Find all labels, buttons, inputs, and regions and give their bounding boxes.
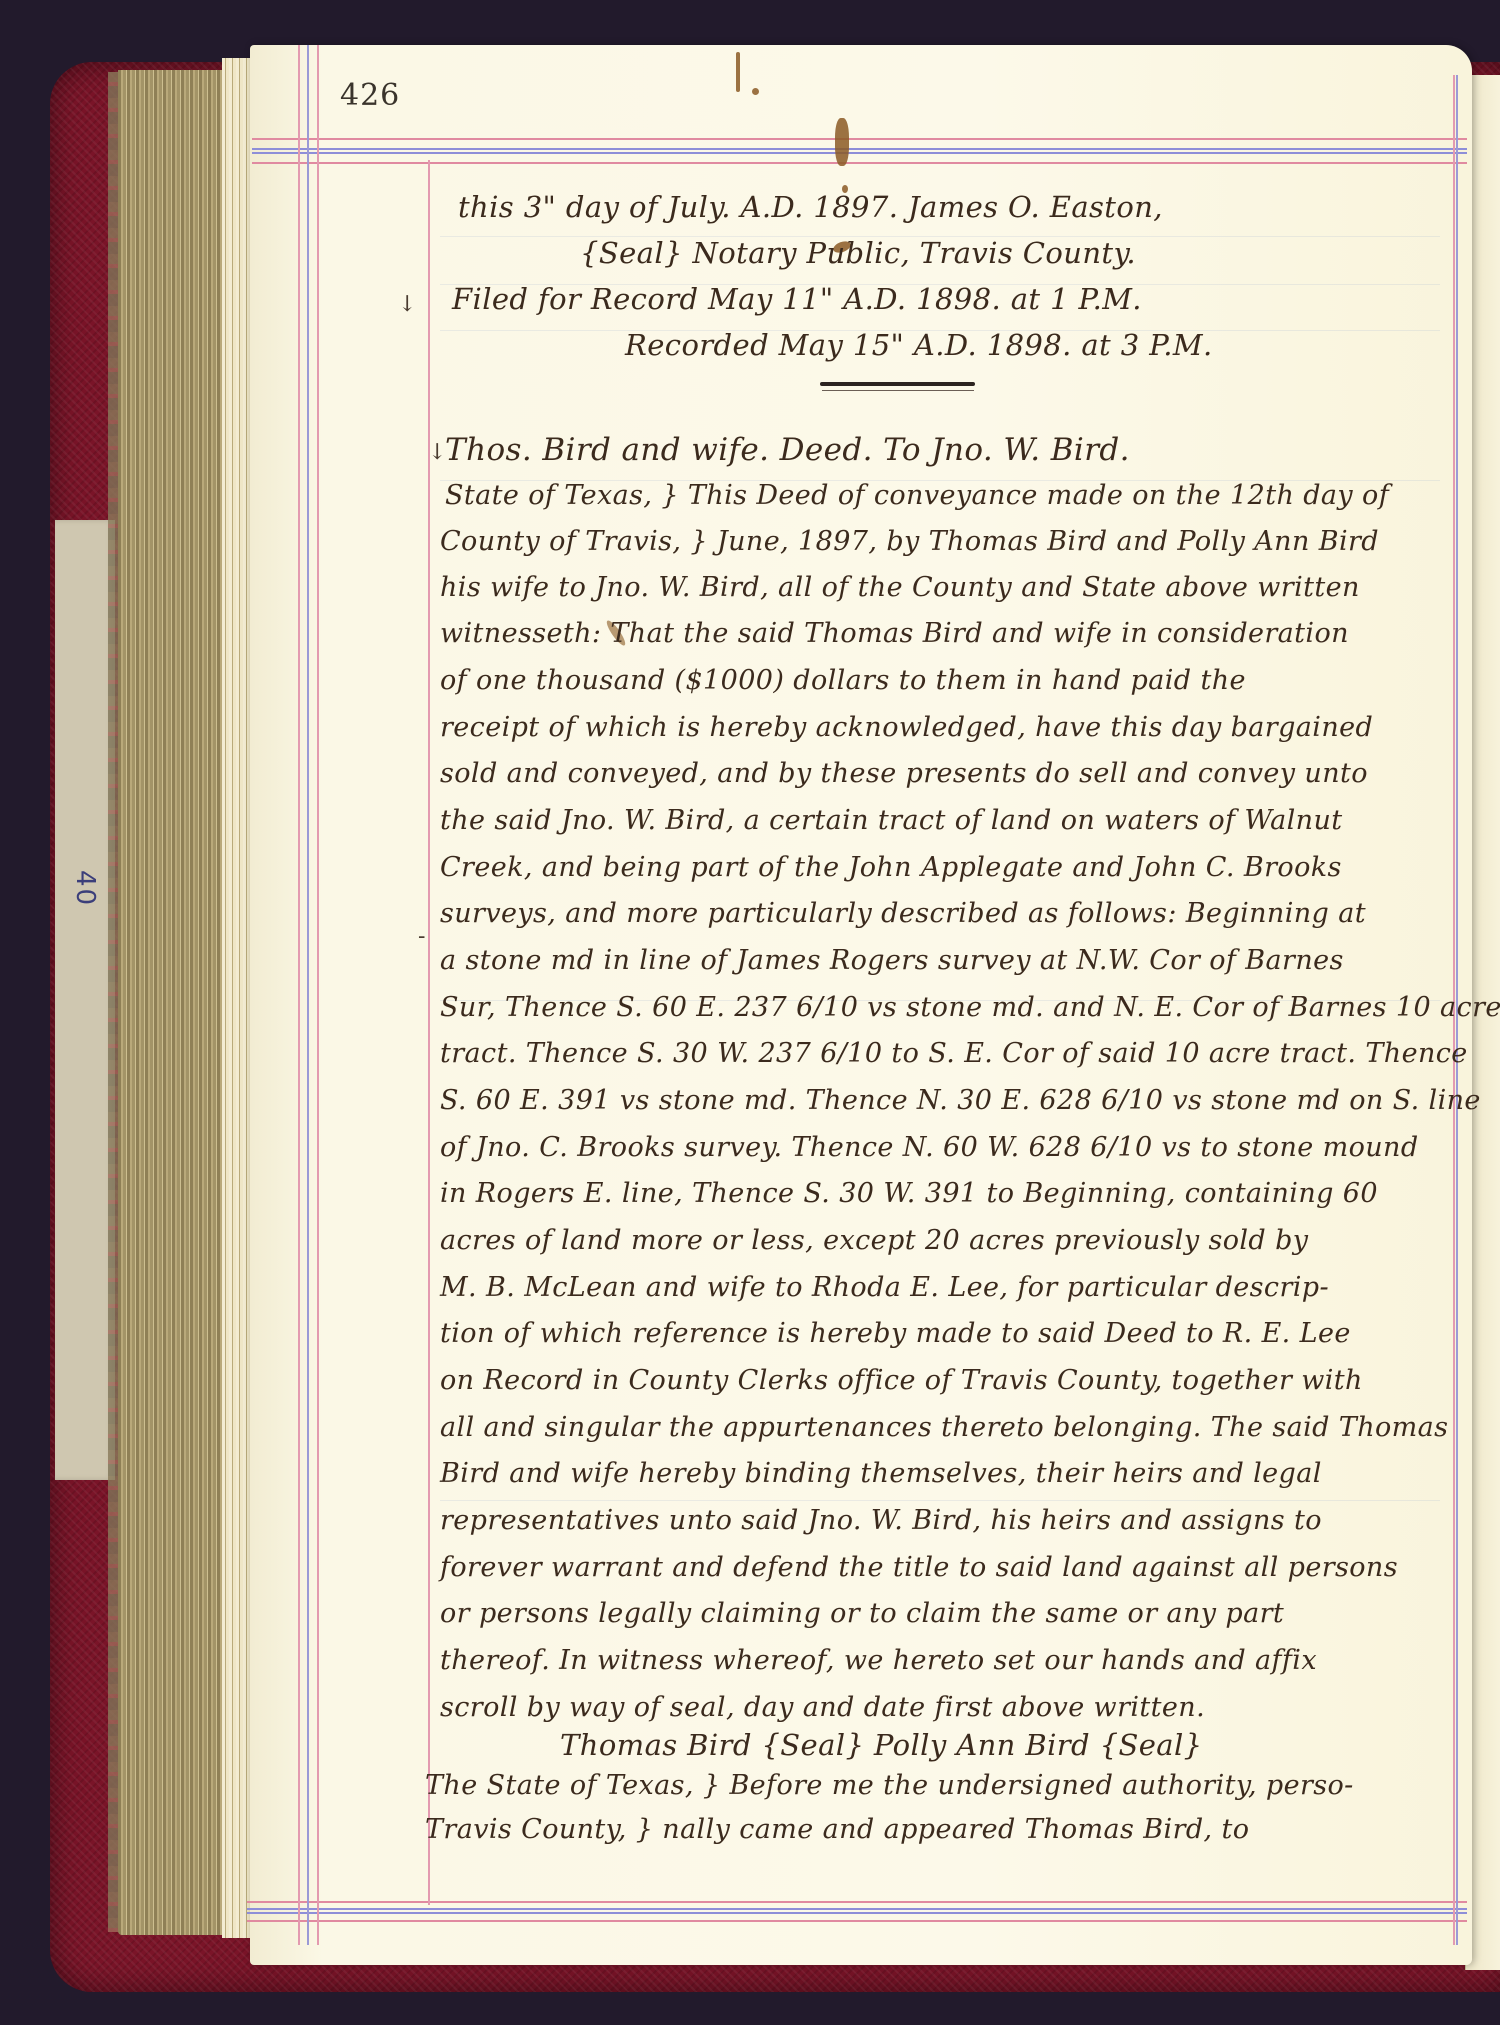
entry-title: Thos. Bird and wife. Deed. To Jno. W. Bi… [445, 432, 1130, 468]
bottom-rule-red-2 [247, 1920, 1467, 1922]
left-margin-rule-red [298, 45, 300, 1945]
body-line: or persons legally claiming or to claim … [440, 1598, 1284, 1629]
margin-mark: ↓ [428, 440, 446, 465]
ack-line: The State of Texas, } Before me the unde… [425, 1770, 1354, 1801]
ack-line: Travis County, } nally came and appeared… [425, 1814, 1249, 1845]
text-margin-rule [428, 160, 430, 1905]
ink-stain [752, 88, 759, 95]
body-line: M. B. McLean and wife to Rhoda E. Lee, f… [440, 1272, 1329, 1303]
left-margin-rule-blue [307, 45, 309, 1945]
bottom-rule-blue-2 [247, 1912, 1467, 1914]
body-line: thereof. In witness whereof, we hereto s… [440, 1645, 1317, 1676]
spine-cloth [55, 520, 115, 1480]
top-rule-red-2 [252, 162, 1467, 164]
body-line: representatives unto said Jno. W. Bird, … [440, 1505, 1322, 1536]
writing-line [440, 1500, 1440, 1501]
top-rule-blue-2 [252, 152, 1467, 154]
left-margin-rule-red-2 [317, 45, 319, 1945]
bottom-rule-red-1 [247, 1901, 1467, 1903]
ink-stain [835, 118, 849, 166]
prev-entry-line-2: {Seal} Notary Public, Travis County. [580, 236, 1136, 270]
page-stack-edge [118, 70, 223, 1935]
body-line: tion of which reference is hereby made t… [440, 1318, 1351, 1349]
margin-mark: ↓ [398, 292, 416, 317]
prev-entry-line-3: Filed for Record May 11" A.D. 1898. at 1… [452, 282, 1142, 316]
body-line: surveys, and more particularly described… [440, 898, 1366, 929]
body-line: Bird and wife hereby binding themselves,… [440, 1458, 1322, 1489]
top-rule-blue [252, 148, 1467, 150]
body-line: tract. Thence S. 30 W. 237 6/10 to S. E.… [440, 1038, 1468, 1069]
ink-stain [736, 52, 740, 92]
body-line: the said Jno. W. Bird, a certain tract o… [440, 805, 1343, 836]
body-line: of one thousand ($1000) dollars to them … [440, 665, 1246, 696]
entry-divider-thin [822, 390, 974, 391]
prev-entry-line-4: Recorded May 15" A.D. 1898. at 3 P.M. [625, 328, 1213, 362]
body-line: in Rogers E. line, Thence S. 30 W. 391 t… [440, 1178, 1378, 1209]
entry-divider [820, 382, 975, 386]
body-line: County of Travis, } June, 1897, by Thoma… [440, 526, 1379, 557]
body-line: Sur, Thence S. 60 E. 237 6/10 vs stone m… [440, 992, 1500, 1023]
body-line: his wife to Jno. W. Bird, all of the Cou… [440, 572, 1360, 603]
bottom-rule-blue [247, 1908, 1467, 1910]
margin-mark: ‐ [418, 924, 425, 949]
body-line: acres of land more or less, except 20 ac… [440, 1225, 1308, 1256]
body-line: a stone md in line of James Rogers surve… [440, 945, 1344, 976]
body-line: State of Texas, } This Deed of conveyanc… [445, 480, 1389, 511]
top-rule-red-1 [252, 138, 1467, 140]
body-line: all and singular the appurtenances there… [440, 1412, 1448, 1443]
body-line: sold and conveyed, and by these presents… [440, 758, 1368, 789]
signatures: Thomas Bird {Seal} Polly Ann Bird {Seal} [560, 1728, 1203, 1762]
prev-entry-line-1: this 3" day of July. A.D. 1897. James O.… [458, 190, 1163, 224]
body-line: scroll by way of seal, day and date firs… [440, 1692, 1205, 1723]
body-line: forever warrant and defend the title to … [440, 1552, 1398, 1583]
page-stack-inner [222, 58, 252, 1938]
body-line: on Record in County Clerks office of Tra… [440, 1365, 1363, 1396]
body-line: S. 60 E. 391 vs stone md. Thence N. 30 E… [440, 1085, 1481, 1116]
body-line: of Jno. C. Brooks survey. Thence N. 60 W… [440, 1132, 1419, 1163]
body-line: witnesseth: That the said Thomas Bird an… [440, 618, 1349, 649]
spine-label: 40 [70, 870, 100, 907]
body-line: Creek, and being part of the John Appleg… [440, 852, 1342, 883]
body-line: receipt of which is hereby acknowledged,… [440, 712, 1373, 743]
page-number: 426 [340, 78, 400, 113]
